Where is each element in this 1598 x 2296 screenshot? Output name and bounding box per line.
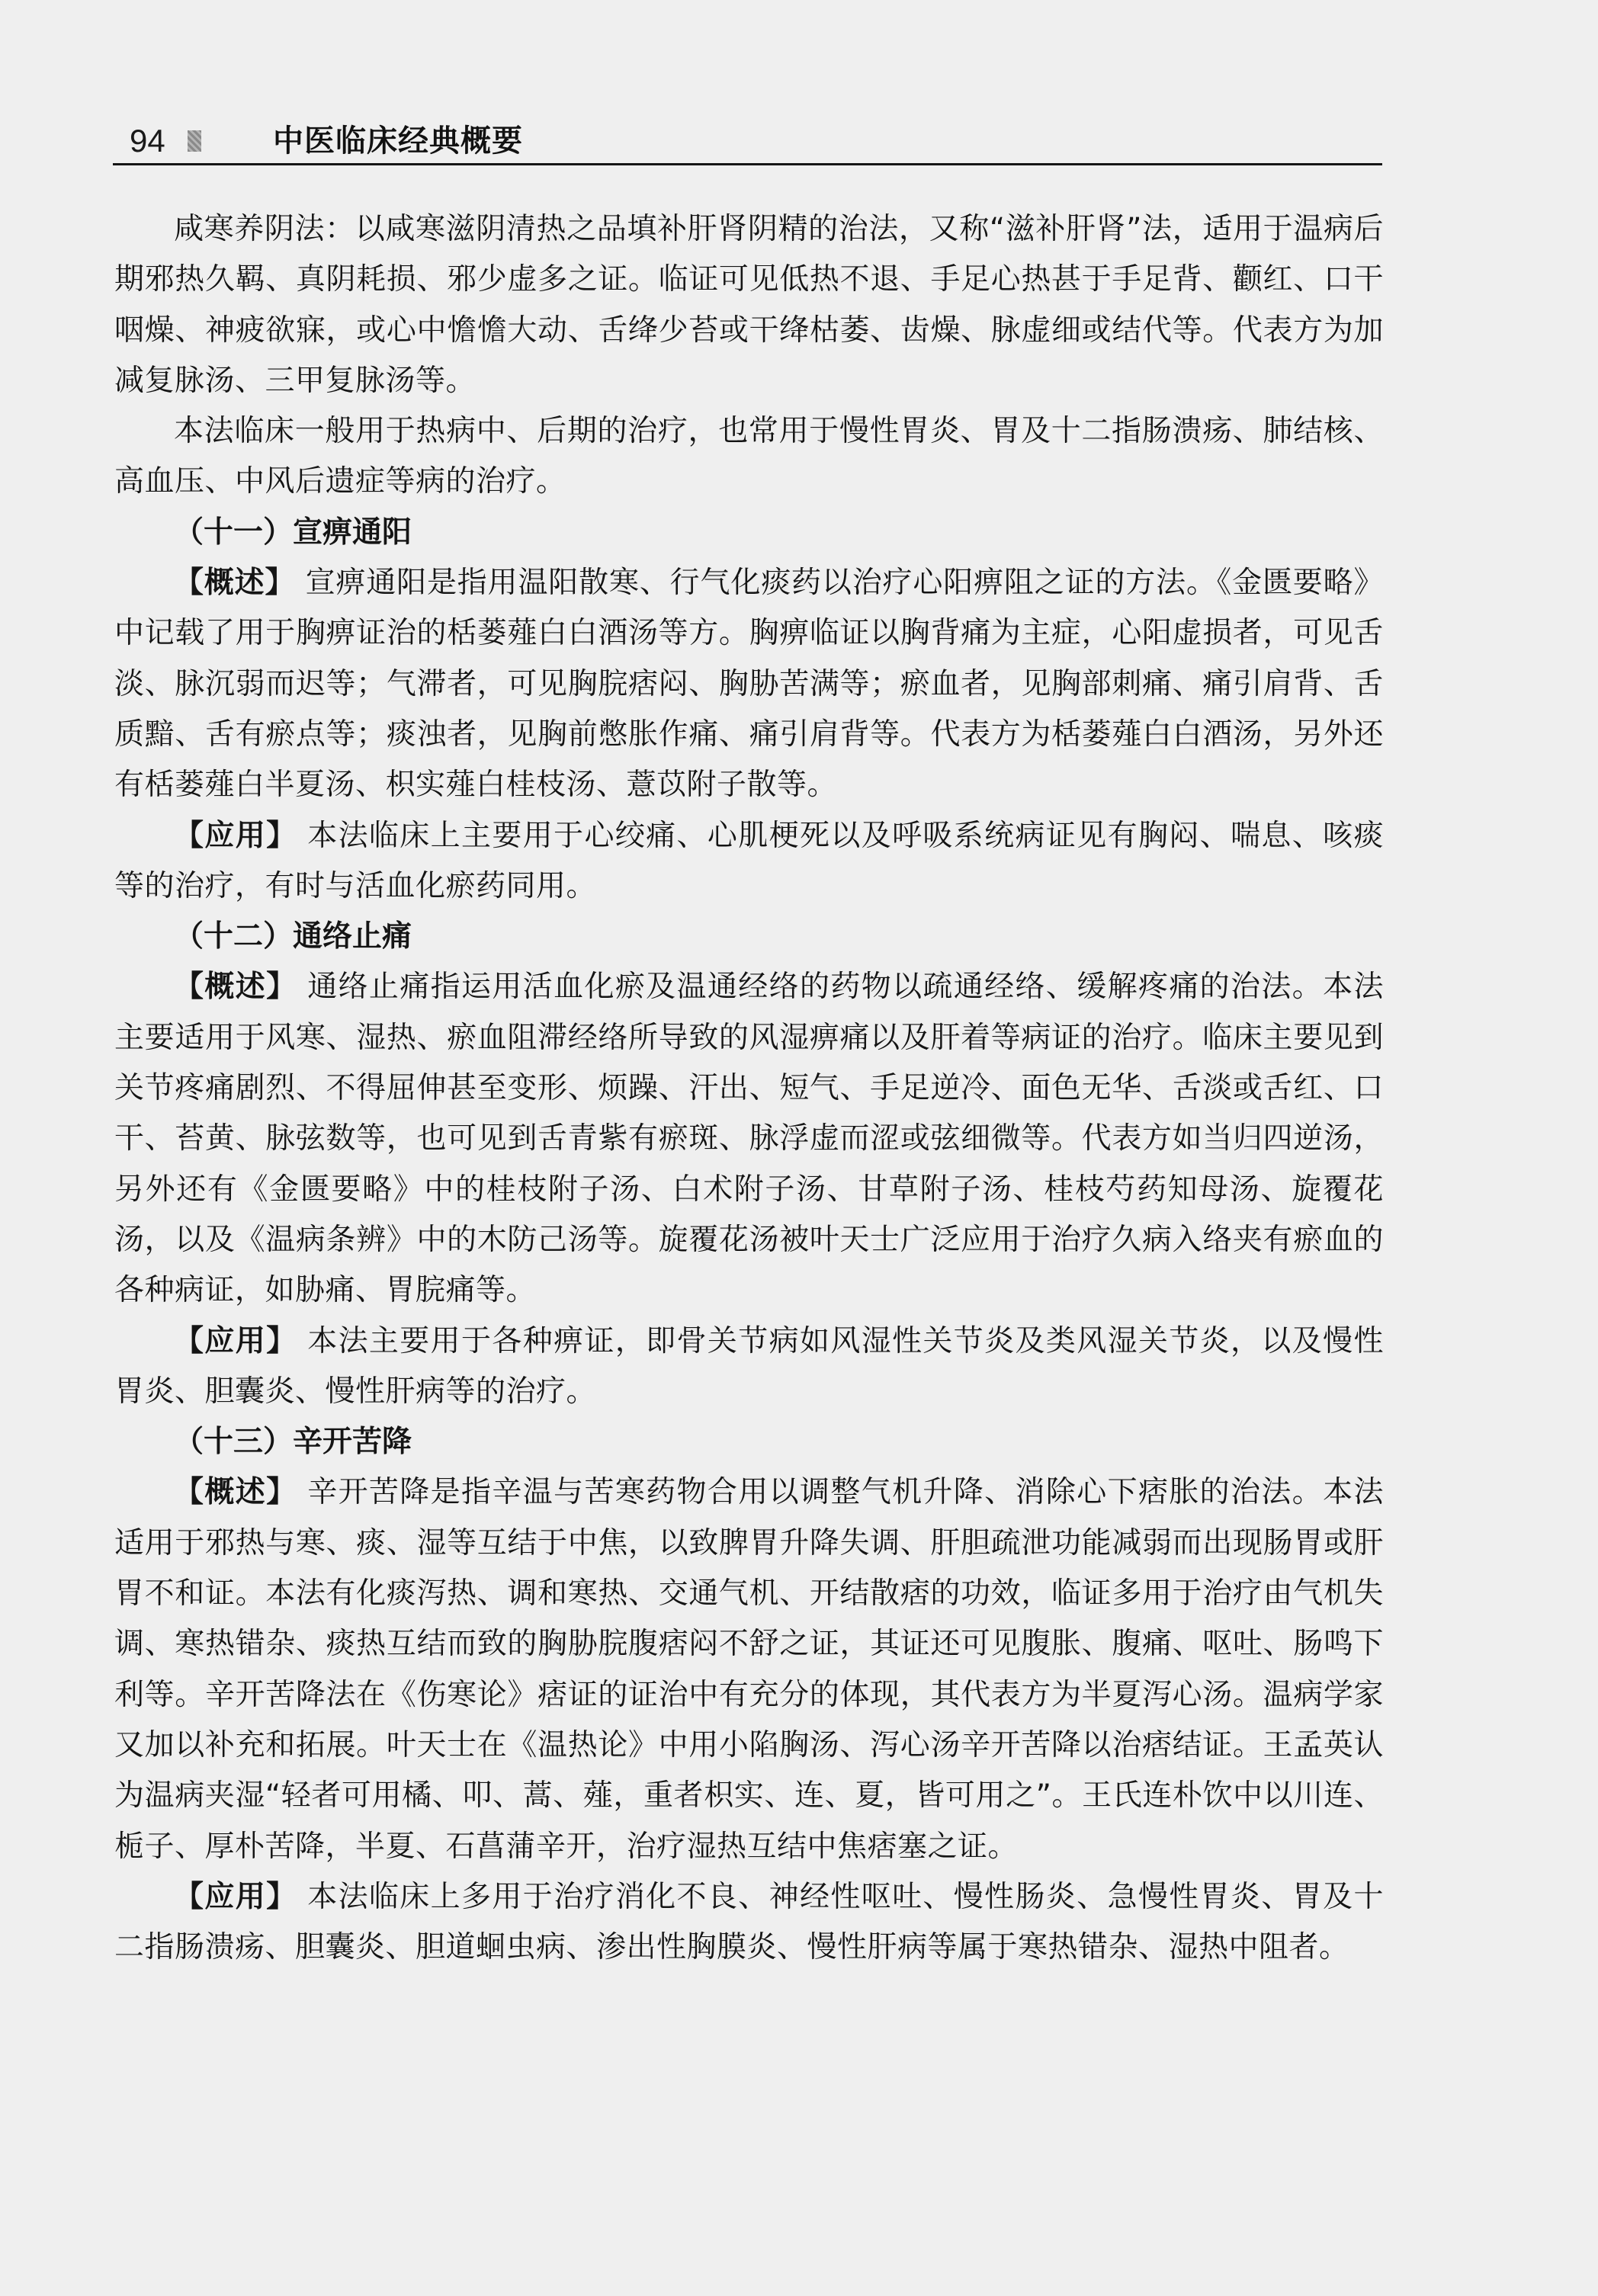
header-marker-icon bbox=[188, 130, 201, 152]
section-heading-12: （十二）通络止痛 bbox=[114, 912, 1384, 962]
application-tag: 【应用】 bbox=[174, 819, 297, 853]
running-header: 94 中医临床经典概要 bbox=[113, 120, 1382, 163]
application-text: 本法临床上主要用于心绞痛、心肌梗死以及呼吸系统病证见有胸闷、喘息、咳痰等的治疗，… bbox=[114, 819, 1384, 903]
section-13-application: 【应用】 本法临床上多用于治疗消化不良、神经性呕吐、慢性肠炎、急慢性胃炎、胃及十… bbox=[114, 1872, 1384, 1974]
paragraph-clinical-use: 本法临床一般用于热病中、后期的治疗，也常用于慢性胃炎、胃及十二指肠溃疡、肺结核、… bbox=[114, 406, 1384, 508]
page-body: 咸寒养阴法：以咸寒滋阴清热之品填补肝肾阴精的治法，又称“滋补肝肾”法，适用于温病… bbox=[114, 204, 1384, 1973]
application-text: 本法临床上多用于治疗消化不良、神经性呕吐、慢性肠炎、急慢性胃炎、胃及十二指肠溃疡… bbox=[114, 1880, 1384, 1964]
section-12-application: 【应用】 本法主要用于各种痹证，即骨关节病如风湿性关节炎及类风湿关节炎，以及慢性… bbox=[114, 1316, 1384, 1418]
paragraph-xianhan-yangyin: 咸寒养阴法：以咸寒滋阴清热之品填补肝肾阴精的治法，又称“滋补肝肾”法，适用于温病… bbox=[114, 204, 1384, 406]
application-tag: 【应用】 bbox=[174, 1324, 297, 1358]
section-heading-11: （十一）宣痹通阳 bbox=[114, 508, 1384, 558]
section-11-overview: 【概述】 宣痹通阳是指用温阳散寒、行气化痰药以治疗心阳痹阻之证的方法。《金匮要略… bbox=[114, 558, 1384, 810]
section-12-overview: 【概述】 通络止痛指运用活血化瘀及温通经络的药物以疏通经络、缓解疼痛的治法。本法… bbox=[114, 962, 1384, 1316]
overview-text: 辛开苦降是指辛温与苦寒药物合用以调整气机升降、消除心下痞胀的治法。本法适用于邪热… bbox=[114, 1475, 1384, 1863]
section-heading-13: （十三）辛开苦降 bbox=[114, 1417, 1384, 1467]
header-divider bbox=[113, 163, 1382, 165]
section-11-application: 【应用】 本法临床上主要用于心绞痛、心肌梗死以及呼吸系统病证见有胸闷、喘息、咳痰… bbox=[114, 811, 1384, 912]
overview-tag: 【概述】 bbox=[174, 1475, 297, 1509]
page-number: 94 bbox=[130, 122, 165, 160]
section-13-overview: 【概述】 辛开苦降是指辛温与苦寒药物合用以调整气机升降、消除心下痞胀的治法。本法… bbox=[114, 1467, 1384, 1871]
overview-text: 通络止痛指运用活血化瘀及温通经络的药物以疏通经络、缓解疼痛的治法。本法主要适用于… bbox=[114, 970, 1384, 1307]
book-title: 中医临床经典概要 bbox=[273, 122, 523, 160]
overview-tag: 【概述】 bbox=[174, 566, 295, 600]
overview-tag: 【概述】 bbox=[174, 970, 297, 1004]
application-tag: 【应用】 bbox=[174, 1880, 297, 1914]
application-text: 本法主要用于各种痹证，即骨关节病如风湿性关节炎及类风湿关节炎，以及慢性胃炎、胆囊… bbox=[114, 1324, 1384, 1409]
overview-text: 宣痹通阳是指用温阳散寒、行气化痰药以治疗心阳痹阻之证的方法。《金匮要略》中记载了… bbox=[114, 566, 1384, 802]
